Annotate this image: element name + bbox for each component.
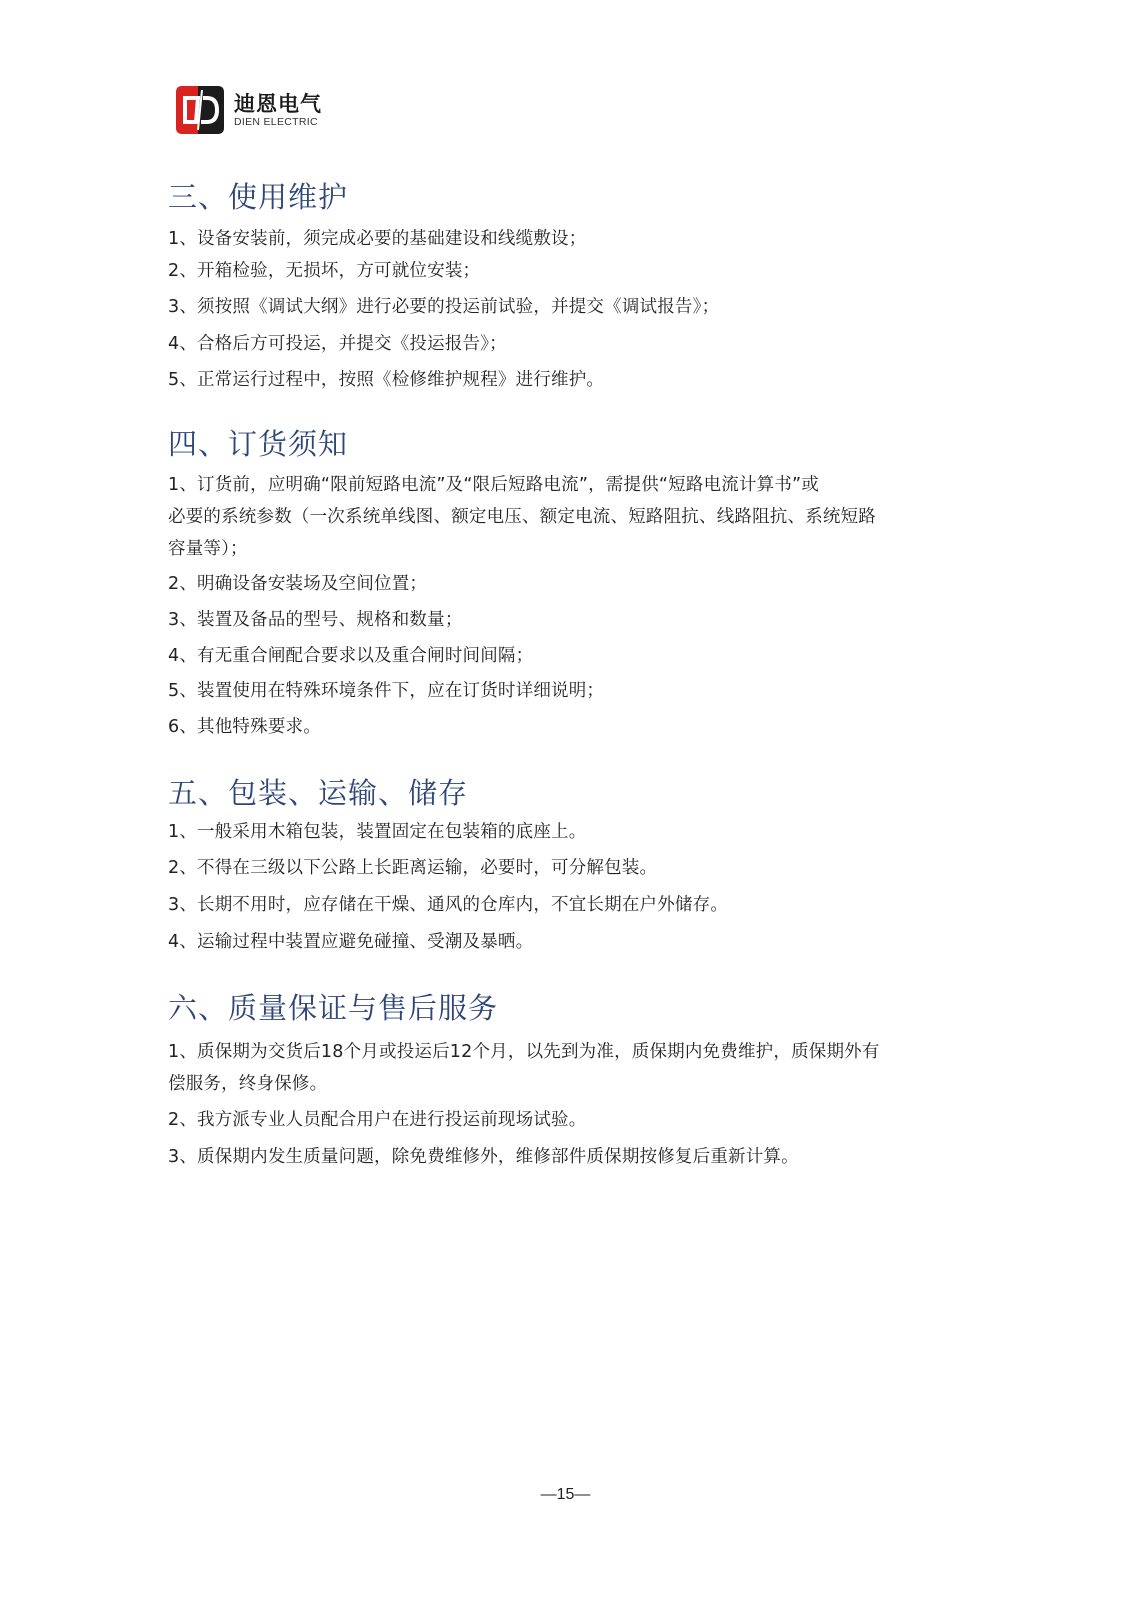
list-item: 1、质保期为交货后18个月或投运后12个月，以先到为准，质保期内免费维护，质保期… [168, 1038, 880, 1063]
list-item: 1、设备安装前，须完成必要的基础建设和线缆敷设； [168, 225, 586, 250]
dien-logo-icon [176, 86, 224, 134]
section-title-packaging: 五、包装、运输、储存 [168, 771, 468, 812]
list-item: 偿服务，终身保修。 [168, 1070, 327, 1095]
list-item: 容量等）； [168, 535, 248, 560]
list-item: 必要的系统参数（一次系统单线图、额定电压、额定电流、短路阻抗、线路阻抗、系统短路 [168, 503, 876, 528]
list-item: 2、不得在三级以下公路上长距离运输，必要时，可分解包装。 [168, 854, 657, 879]
list-item: 2、明确设备安装场及空间位置； [168, 570, 427, 595]
list-item: 3、须按照《调试大纲》进行必要的投运前试验，并提交《调试报告》； [168, 293, 719, 318]
section-title-maintenance: 三、使用维护 [168, 175, 348, 216]
company-name-en: DIEN ELECTRIC [234, 116, 322, 129]
list-item: 1、订货前，应明确“限前短路电流”及“限后短路电流”，需提供“短路电流计算书”或 [168, 471, 819, 496]
section-title-warranty: 六、质量保证与售后服务 [168, 986, 498, 1027]
list-item: 1、一般采用木箱包装，装置固定在包装箱的底座上。 [168, 818, 586, 843]
page-number: —15— [0, 1486, 1131, 1504]
company-name-cn: 迪恩电气 [234, 92, 322, 116]
list-item: 3、长期不用时，应存储在干燥、通风的仓库内，不宜长期在户外储存。 [168, 891, 728, 916]
list-item: 4、合格后方可投运，并提交《投运报告》； [168, 330, 507, 355]
list-item: 5、装置使用在特殊环境条件下，应在订货时详细说明； [168, 677, 604, 702]
list-item: 6、其他特殊要求。 [168, 713, 321, 738]
list-item: 3、质保期内发生质量问题，除免费维修外，维修部件质保期按修复后重新计算。 [168, 1143, 799, 1168]
list-item: 4、有无重合闸配合要求以及重合闸时间间隔； [168, 642, 533, 667]
list-item: 2、开箱检验，无损坏，方可就位安装； [168, 257, 480, 282]
list-item: 5、正常运行过程中，按照《检修维护规程》进行维护。 [168, 366, 604, 391]
company-logo: 迪恩电气 DIEN ELECTRIC [176, 86, 322, 134]
section-title-ordering: 四、订货须知 [168, 422, 348, 463]
list-item: 2、我方派专业人员配合用户在进行投运前现场试验。 [168, 1106, 586, 1131]
list-item: 3、装置及备品的型号、规格和数量； [168, 606, 463, 631]
list-item: 4、运输过程中装置应避免碰撞、受潮及暴晒。 [168, 928, 533, 953]
